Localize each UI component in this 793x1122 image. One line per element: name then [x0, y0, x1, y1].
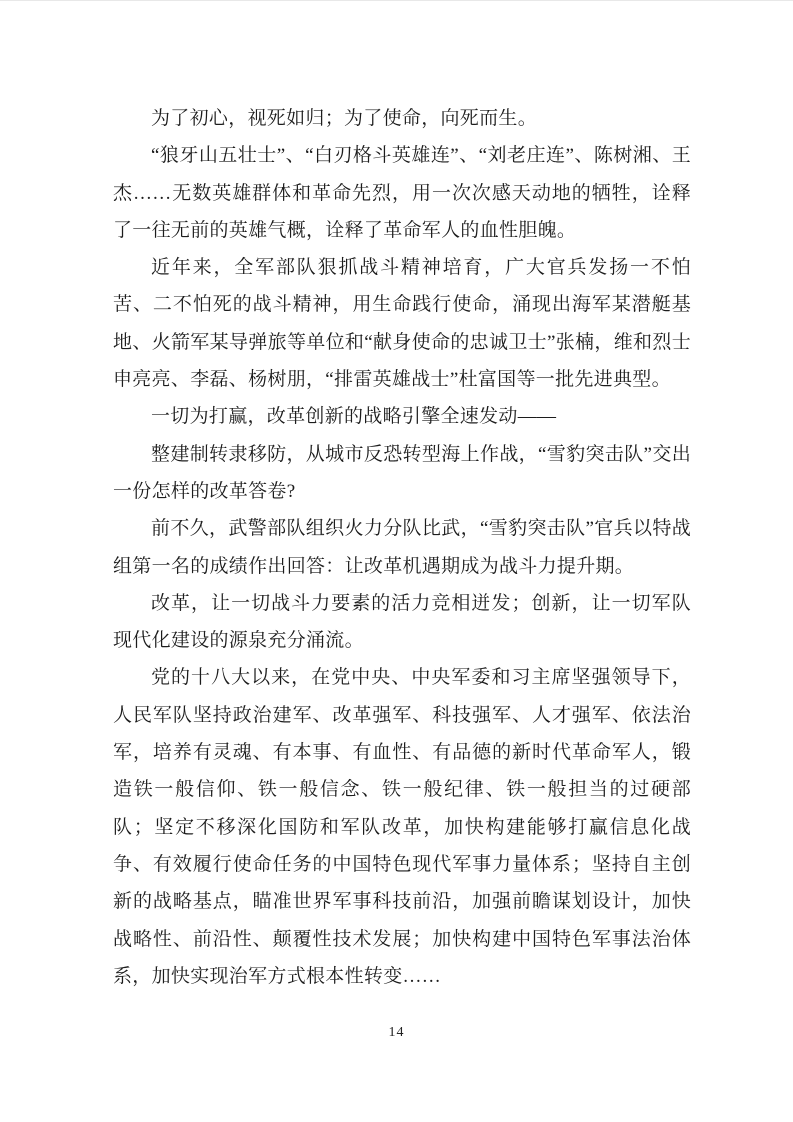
paragraph-6: 前不久，武警部队组织火力分队比武，“雪豹突击队”官兵以特战组第一名的成绩作出回答…: [113, 510, 691, 585]
document-page: 为了初心，视死如归；为了使命，向死而生。 “狼牙山五壮士”、“白刃格斗英雄连”、…: [0, 0, 793, 1122]
paragraph-8: 党的十八大以来，在党中央、中央军委和习主席坚强领导下，人民军队坚持政治建军、改革…: [113, 659, 691, 995]
paragraph-5: 整建制转隶移防，从城市反恐转型海上作战，“雪豹突击队”交出一份怎样的改革答卷?: [113, 436, 691, 511]
paragraph-1: 为了初心，视死如归；为了使命，向死而生。: [113, 100, 691, 137]
document-body: 为了初心，视死如归；为了使命，向死而生。 “狼牙山五壮士”、“白刃格斗英雄连”、…: [113, 100, 691, 995]
paragraph-2: “狼牙山五壮士”、“白刃格斗英雄连”、“刘老庄连”、陈树湘、王杰……无数英雄群体…: [113, 137, 691, 249]
paragraph-3: 近年来，全军部队狠抓战斗精神培育，广大官兵发扬一不怕苦、二不怕死的战斗精神，用生…: [113, 249, 691, 398]
page-number: 14: [0, 1025, 793, 1041]
paragraph-4: 一切为打赢，改革创新的战略引擎全速发动——: [113, 398, 691, 435]
paragraph-7: 改革，让一切战斗力要素的活力竞相迸发；创新，让一切军队现代化建设的源泉充分涌流。: [113, 585, 691, 660]
